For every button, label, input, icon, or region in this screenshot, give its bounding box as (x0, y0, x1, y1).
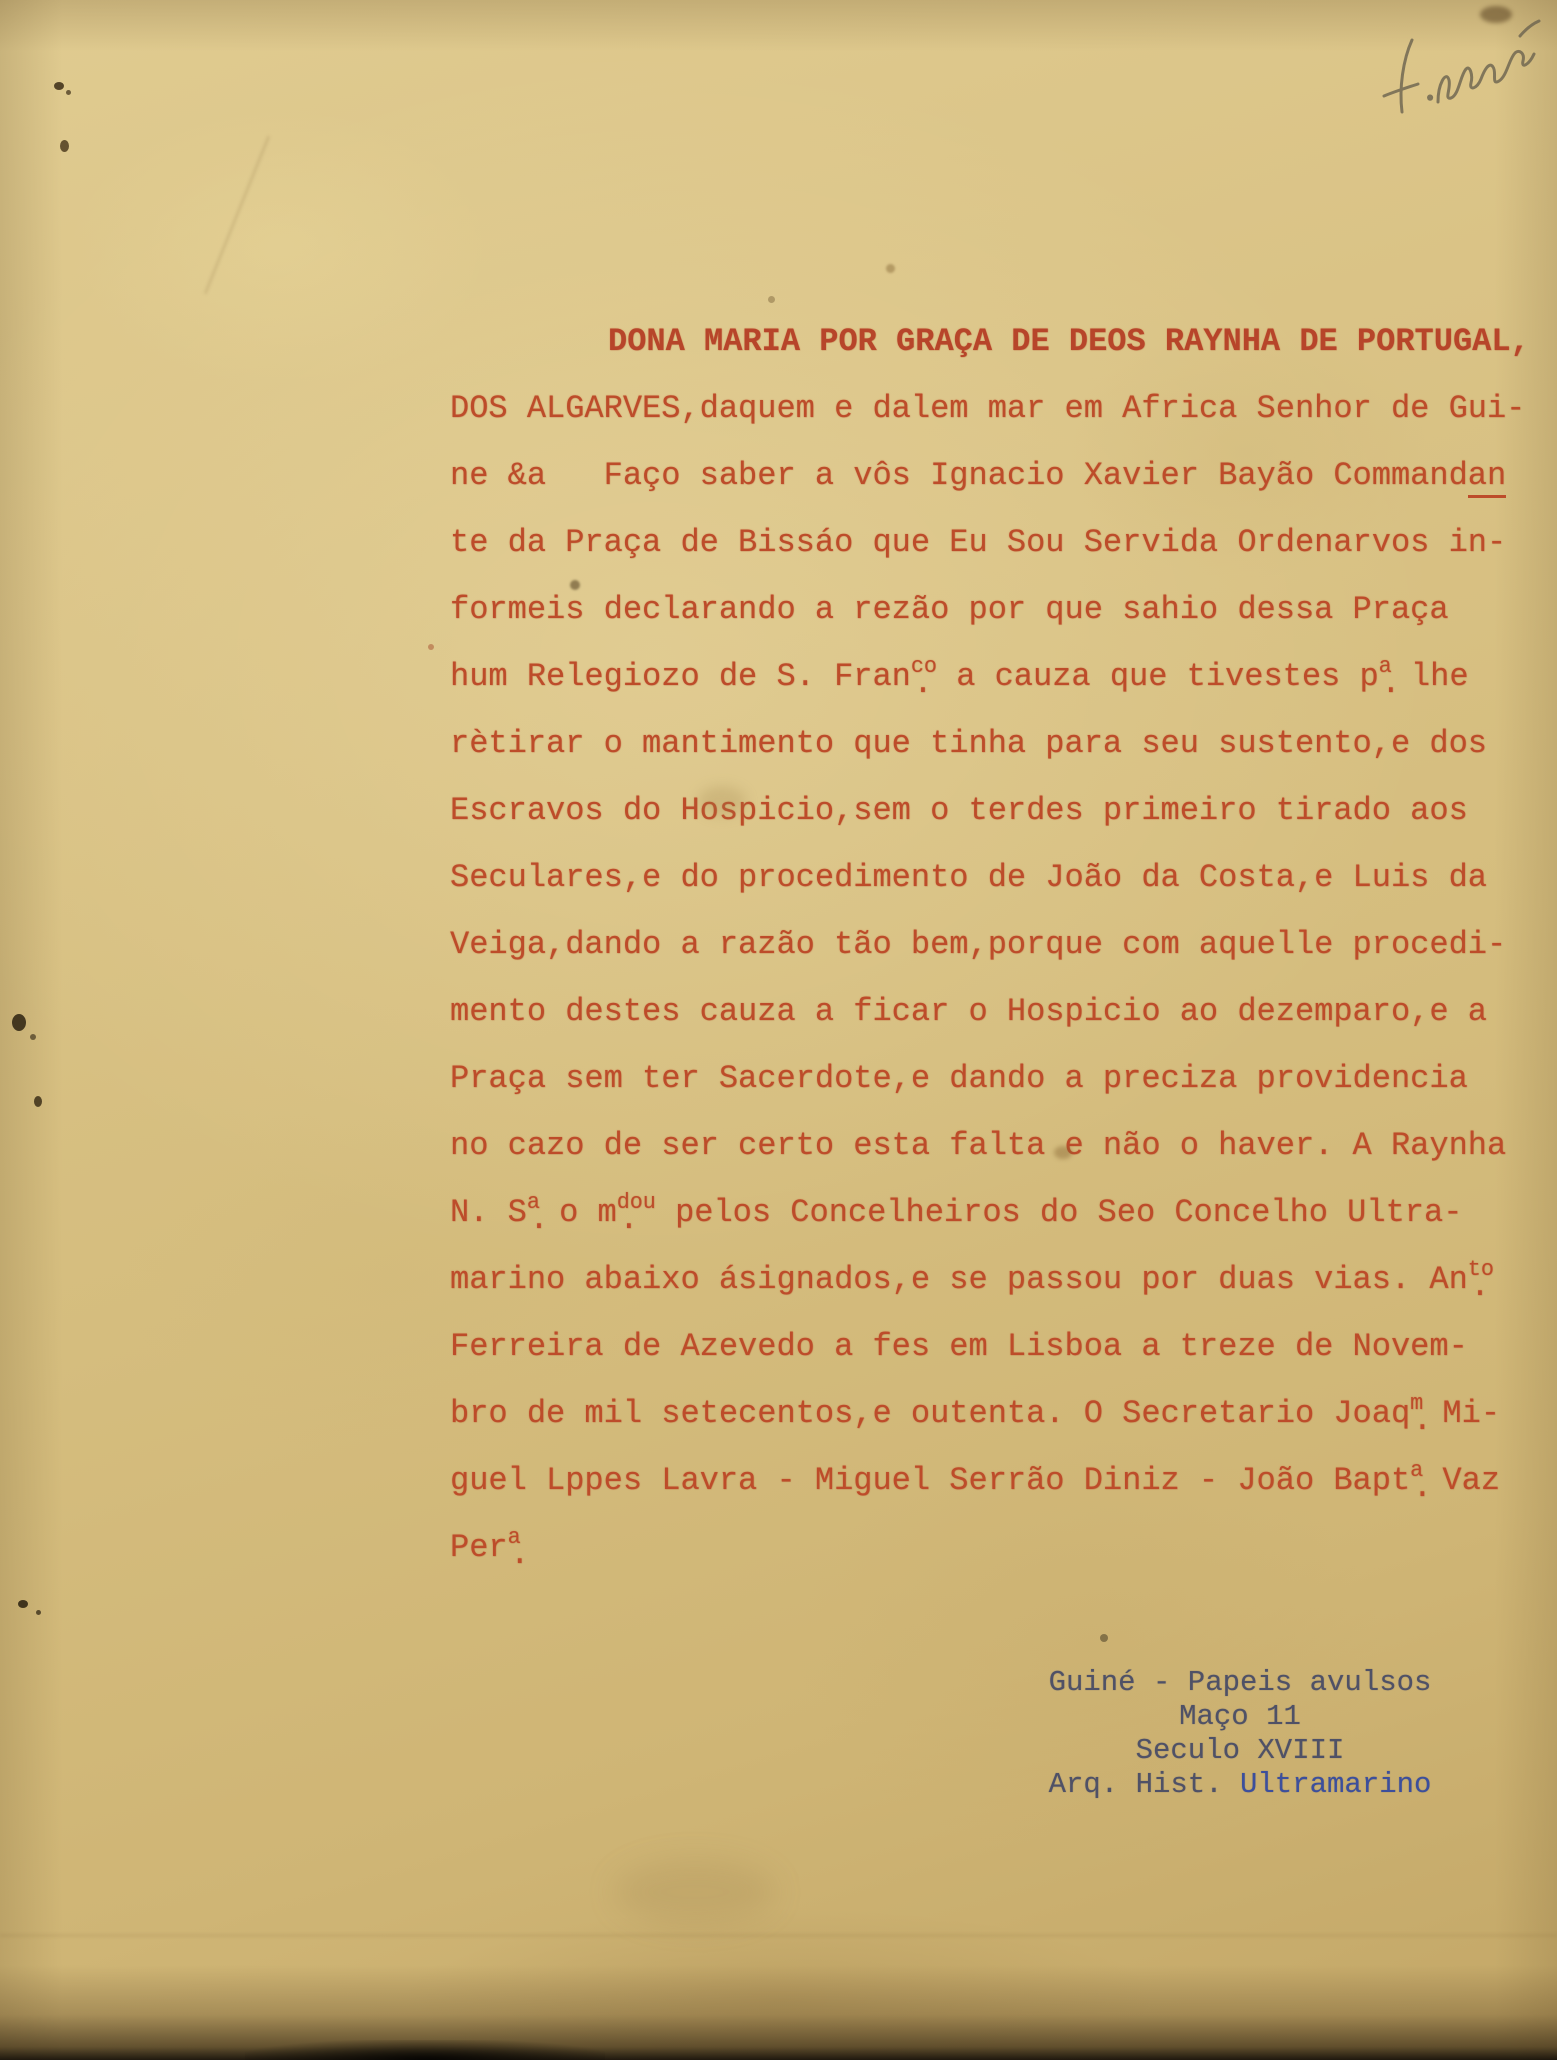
archive-stamp: Guiné - Papeis avulsosMaço 11Seculo XVII… (1010, 1666, 1470, 1802)
text-line: formeis declarando a rezão por que sahio… (450, 576, 1530, 643)
text-line: Seculares,e do procedimento de João da C… (450, 844, 1530, 911)
paper-background: DONA MARIA POR GRAÇA DE DEOS RAYNHA DE P… (0, 0, 1557, 2060)
paper-crease (0, 1934, 1557, 1937)
text-line: mento destes cauza a ficar o Hospicio ao… (450, 978, 1530, 1045)
letter-body: DONA MARIA POR GRAÇA DE DEOS RAYNHA DE P… (450, 308, 1530, 1581)
stain (1100, 1634, 1108, 1642)
text-line: guel Lppes Lavra - Miguel Serrão Diniz -… (450, 1447, 1530, 1514)
stamp-line: Arq. Hist. Ultramarino (1010, 1768, 1470, 1802)
stain (30, 1034, 36, 1040)
text-line: Praça sem ter Sacerdote,e dando a preciz… (450, 1045, 1530, 1112)
text-line: DOS ALGARVES,daquem e dalem mar em Afric… (450, 375, 1530, 442)
text-line: DONA MARIA POR GRAÇA DE DEOS RAYNHA DE P… (608, 308, 1530, 375)
text-line: marino abaixo ásignados,e se passou por … (450, 1246, 1530, 1313)
paper-crease (204, 136, 270, 294)
text-line: ne &a Faço saber a vôs Ignacio Xavier Ba… (450, 442, 1530, 509)
stain (60, 140, 69, 152)
page-bottom-shadow-dark (245, 2040, 605, 2060)
stain (570, 580, 580, 590)
stain (1480, 6, 1512, 23)
page-bottom-shadow (0, 1965, 1557, 2060)
stain (12, 1014, 26, 1031)
text-line: Ferreira de Azevedo a fes em Lisboa a tr… (450, 1313, 1530, 1380)
stain (66, 90, 71, 95)
text-line: Veiga,dando a razão tão bem,porque com a… (450, 911, 1530, 978)
text-line: rètirar o mantimento que tinha para seu … (450, 710, 1530, 777)
stamp-line: Maço 11 (1010, 1700, 1470, 1734)
stain (1054, 1146, 1072, 1159)
text-line: hum Relegiozo de S. Franco. a cauza que … (450, 643, 1530, 710)
stain (54, 82, 64, 90)
stain (768, 296, 775, 303)
stamp-line: Guiné - Papeis avulsos (1010, 1666, 1470, 1700)
text-line: bro de mil setecentos,e outenta. O Secre… (450, 1380, 1530, 1447)
stain (615, 1860, 775, 1924)
stamp-line: Seculo XVIII (1010, 1734, 1470, 1768)
text-line: Pera. (450, 1514, 1530, 1581)
stain (886, 264, 895, 273)
stain (34, 1096, 42, 1107)
text-line: Escravos do Hospicio,sem o terdes primei… (450, 777, 1530, 844)
stain (698, 786, 746, 816)
stain (428, 644, 434, 650)
handwritten-annotation (1372, 10, 1557, 125)
text-line: te da Praça de Bissáo que Eu Sou Servida… (450, 509, 1530, 576)
text-line: no cazo de ser certo esta falta e não o … (450, 1112, 1530, 1179)
text-line: N. Sa. o mdou. pelos Concelheiros do Seo… (450, 1179, 1530, 1246)
stain (18, 1600, 28, 1608)
stain (36, 1610, 41, 1615)
